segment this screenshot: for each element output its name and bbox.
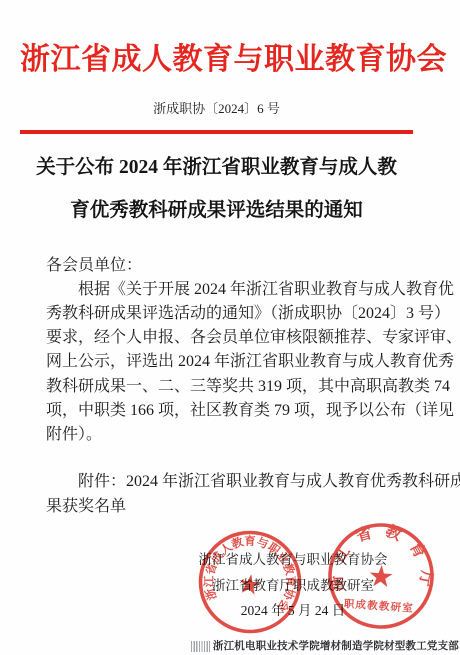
notice-title-line2: 育优秀教科研成果评选结果的通知	[20, 189, 413, 232]
signature-org2: 浙江省教育厅职成教教研室	[187, 573, 399, 599]
body-line: 根据《关于开展 2024 年浙江省职业教育与成人教育优	[46, 278, 413, 302]
footer-microtext	[191, 641, 210, 652]
signature-block: 浙江省成人教育与职业教育协会 浙江省教育厅职成教教研室 2024 年 5 月 2…	[187, 547, 399, 624]
red-divider-rule	[20, 130, 413, 134]
notice-body: 各会员单位： 根据《关于开展 2024 年浙江省职业教育与成人教育优 秀教科研成…	[46, 254, 413, 520]
attachment-note: 附件：2024 年浙江省职业教育与成人教育优秀教科研成 果获奖名单	[46, 469, 413, 519]
notice-title-line1: 关于公布 2024 年浙江省职业教育与成人教	[20, 146, 413, 189]
document-page: 浙江省成人教育与职业教育协会 浙成职协〔2024〕6 号 关于公布 2024 年…	[0, 0, 460, 655]
page-footer: 浙江机电职业技术学院增材制造学院材型教工党支部	[191, 638, 459, 653]
body-line: 秀教科研成果评选活动的通知》（浙成职协〔2024〕3 号）	[46, 302, 413, 326]
document-content: 浙江省成人教育与职业教育协会 浙成职协〔2024〕6 号 关于公布 2024 年…	[20, 36, 413, 624]
footer-org-text: 浙江机电职业技术学院增材制造学院材型教工党支部	[213, 638, 459, 653]
body-line: 教科研成果一、二、三等奖共 319 项，其中高职高教类 74	[46, 375, 413, 399]
signature-org1: 浙江省成人教育与职业教育协会	[187, 547, 399, 573]
attachment-line: 果获奖名单	[46, 494, 413, 519]
doc-number: 浙成职协〔2024〕6 号	[20, 100, 413, 118]
salutation: 各会员单位：	[46, 254, 413, 278]
body-line: 要求，经个人申报、各会员单位审核限额推荐、专家评审、	[46, 326, 413, 350]
body-line: 网上公示，评选出 2024 年浙江省职业教育与成人教育优秀	[46, 350, 413, 374]
notice-title: 关于公布 2024 年浙江省职业教育与成人教 育优秀教科研成果评选结果的通知	[20, 146, 413, 232]
letterhead-org-title: 浙江省成人教育与职业教育协会	[20, 36, 413, 84]
signature-date: 2024 年 5 月 24 日	[187, 598, 399, 624]
attachment-line: 附件：2024 年浙江省职业教育与成人教育优秀教科研成	[46, 469, 413, 494]
body-line: 附件）。	[46, 423, 413, 447]
body-line: 项，中职类 166 项，社区教育类 79 项，现予以公布（详见	[46, 399, 413, 423]
